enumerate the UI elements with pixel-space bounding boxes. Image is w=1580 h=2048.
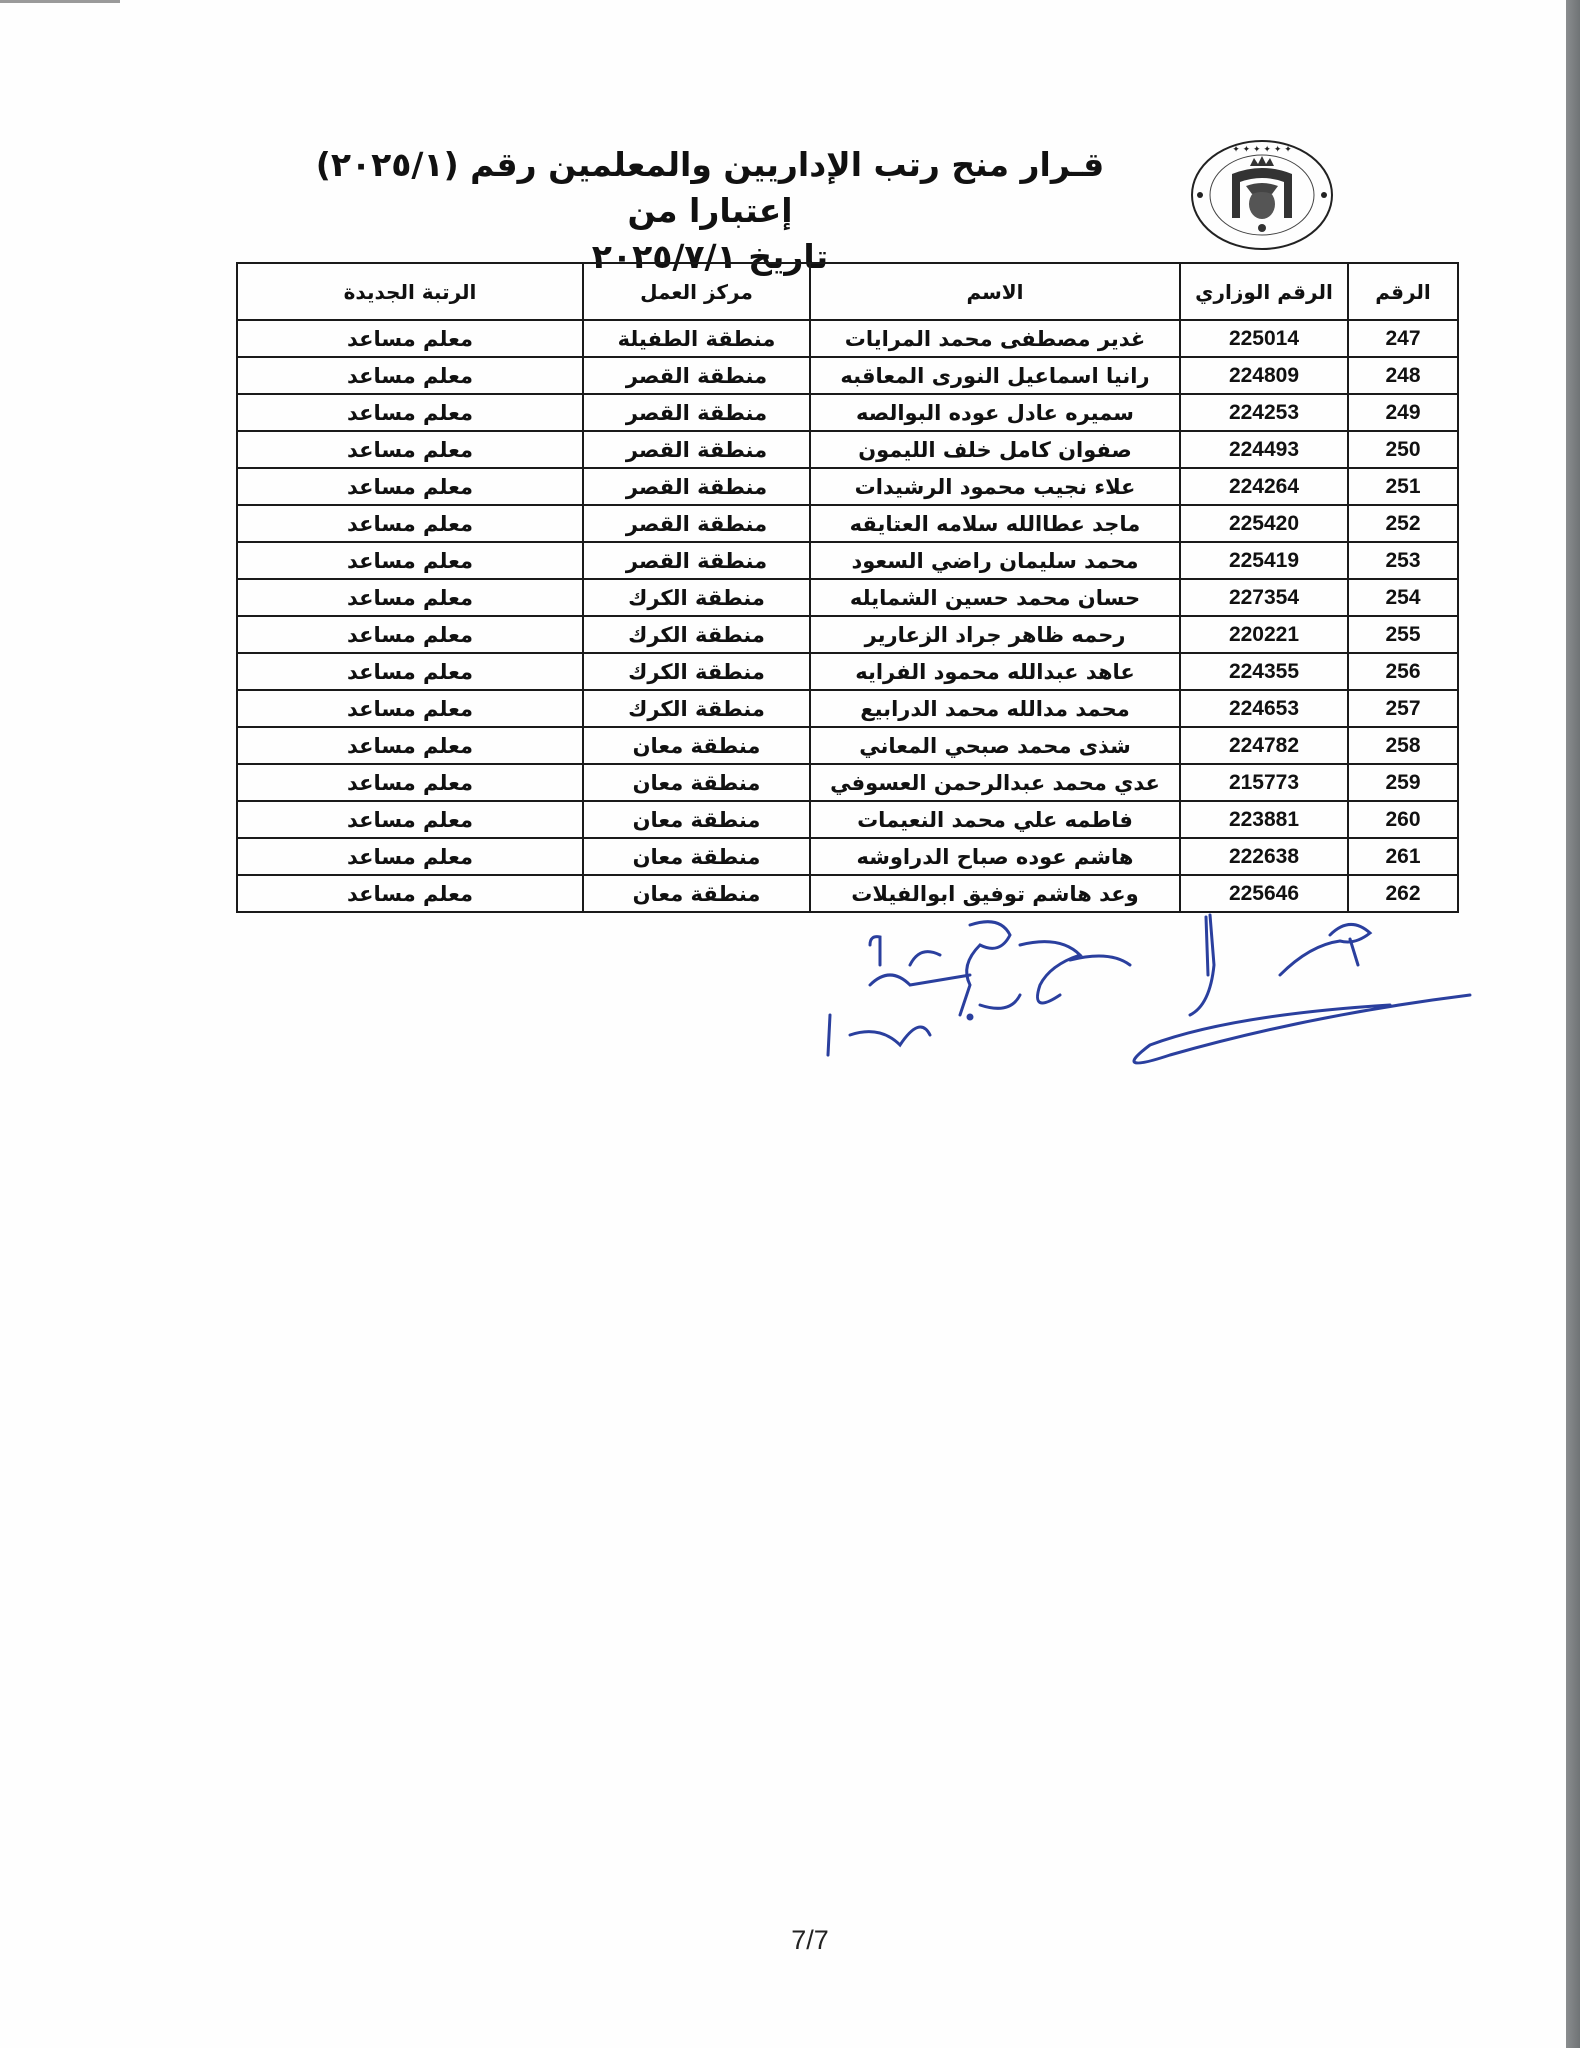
row-number: 259 — [1348, 764, 1458, 801]
row-new-rank: معلم مساعد — [237, 727, 583, 764]
row-new-rank: معلم مساعد — [237, 579, 583, 616]
row-work-center: منطقة معان — [583, 764, 810, 801]
row-name: هاشم عوده صباح الدراوشه — [810, 838, 1180, 875]
row-number: 251 — [1348, 468, 1458, 505]
row-ministry-id: 225419 — [1180, 542, 1348, 579]
row-number: 257 — [1348, 690, 1458, 727]
row-new-rank: معلم مساعد — [237, 801, 583, 838]
table-row: 259215773عدي محمد عبدالرحمن العسوفيمنطقة… — [237, 764, 1458, 801]
row-new-rank: معلم مساعد — [237, 357, 583, 394]
table-row: 252225420ماجد عطاالله سلامه العتايقهمنطق… — [237, 505, 1458, 542]
row-name: محمد مدالله محمد الدرابيع — [810, 690, 1180, 727]
row-name: عدي محمد عبدالرحمن العسوفي — [810, 764, 1180, 801]
row-name: رانيا اسماعيل النورى المعاقبه — [810, 357, 1180, 394]
handwritten-signatures-icon — [810, 905, 1530, 1085]
row-number: 255 — [1348, 616, 1458, 653]
row-work-center: منطقة القصر — [583, 542, 810, 579]
row-work-center: منطقة الكرك — [583, 579, 810, 616]
table-row: 253225419محمد سليمان راضي السعودمنطقة ال… — [237, 542, 1458, 579]
table-header-row: الرقم الرقم الوزاري الاسم مركز العمل الر… — [237, 263, 1458, 320]
row-name: حسان محمد حسين الشمايله — [810, 579, 1180, 616]
row-number: 254 — [1348, 579, 1458, 616]
row-name: محمد سليمان راضي السعود — [810, 542, 1180, 579]
table-row: 255220221رحمه ظاهر جراد الزعاريرمنطقة ال… — [237, 616, 1458, 653]
row-new-rank: معلم مساعد — [237, 875, 583, 912]
row-ministry-id: 215773 — [1180, 764, 1348, 801]
table-row: 257224653محمد مدالله محمد الدرابيعمنطقة … — [237, 690, 1458, 727]
row-ministry-id: 224264 — [1180, 468, 1348, 505]
table-row: 254227354حسان محمد حسين الشمايلهمنطقة ال… — [237, 579, 1458, 616]
table-row: 256224355عاهد عبدالله محمود الفرايهمنطقة… — [237, 653, 1458, 690]
table-row: 260223881فاطمه علي محمد النعيماتمنطقة مع… — [237, 801, 1458, 838]
row-work-center: منطقة القصر — [583, 431, 810, 468]
table-row: 261222638هاشم عوده صباح الدراوشهمنطقة مع… — [237, 838, 1458, 875]
row-number: 256 — [1348, 653, 1458, 690]
table-row: 250224493صفوان كامل خلف الليمونمنطقة الق… — [237, 431, 1458, 468]
row-new-rank: معلم مساعد — [237, 542, 583, 579]
row-number: 258 — [1348, 727, 1458, 764]
row-ministry-id: 225014 — [1180, 320, 1348, 357]
row-name: سميره عادل عوده البوالصه — [810, 394, 1180, 431]
row-ministry-id: 224355 — [1180, 653, 1348, 690]
row-ministry-id: 223881 — [1180, 801, 1348, 838]
row-name: فاطمه علي محمد النعيمات — [810, 801, 1180, 838]
row-work-center: منطقة القصر — [583, 468, 810, 505]
header-new-rank: الرتبة الجديدة — [237, 263, 583, 320]
table-row: 248224809رانيا اسماعيل النورى المعاقبهمن… — [237, 357, 1458, 394]
row-work-center: منطقة معان — [583, 801, 810, 838]
row-work-center: منطقة القصر — [583, 394, 810, 431]
row-ministry-id: 225420 — [1180, 505, 1348, 542]
row-name: صفوان كامل خلف الليمون — [810, 431, 1180, 468]
row-work-center: منطقة القصر — [583, 357, 810, 394]
row-ministry-id: 222638 — [1180, 838, 1348, 875]
row-ministry-id: 224809 — [1180, 357, 1348, 394]
row-new-rank: معلم مساعد — [237, 468, 583, 505]
svg-text:✦ ✦ ✦ ✦ ✦ ✦: ✦ ✦ ✦ ✦ ✦ ✦ — [1232, 145, 1292, 155]
row-name: عاهد عبدالله محمود الفرايه — [810, 653, 1180, 690]
row-number: 248 — [1348, 357, 1458, 394]
row-work-center: منطقة الكرك — [583, 653, 810, 690]
row-work-center: منطقة معان — [583, 727, 810, 764]
header-work-center: مركز العمل — [583, 263, 810, 320]
row-name: علاء نجيب محمود الرشيدات — [810, 468, 1180, 505]
row-ministry-id: 227354 — [1180, 579, 1348, 616]
header-number: الرقم — [1348, 263, 1458, 320]
row-new-rank: معلم مساعد — [237, 690, 583, 727]
table-body: 247225014غدير مصطفى محمد المراياتمنطقة ا… — [237, 320, 1458, 912]
row-number: 260 — [1348, 801, 1458, 838]
row-new-rank: معلم مساعد — [237, 653, 583, 690]
row-work-center: منطقة القصر — [583, 505, 810, 542]
table-row: 249224253سميره عادل عوده البوالصهمنطقة ا… — [237, 394, 1458, 431]
row-name: ماجد عطاالله سلامه العتايقه — [810, 505, 1180, 542]
row-number: 247 — [1348, 320, 1458, 357]
row-work-center: منطقة الكرك — [583, 616, 810, 653]
row-new-rank: معلم مساعد — [237, 838, 583, 875]
table-row: 258224782شذى محمد صبحي المعانيمنطقة معان… — [237, 727, 1458, 764]
document-page: ✦ ✦ ✦ ✦ ✦ ✦ قـرار منح رتب الإداريين والم… — [0, 0, 1566, 2048]
document-title: قـرار منح رتب الإداريين والمعلمين رقم (٢… — [270, 142, 1150, 280]
row-ministry-id: 224653 — [1180, 690, 1348, 727]
row-ministry-id: 224493 — [1180, 431, 1348, 468]
header-name: الاسم — [810, 263, 1180, 320]
row-work-center: منطقة معان — [583, 875, 810, 912]
scan-edge-shadow — [0, 0, 120, 3]
row-ministry-id: 224782 — [1180, 727, 1348, 764]
header-ministry-id: الرقم الوزاري — [1180, 263, 1348, 320]
ministry-emblem-icon: ✦ ✦ ✦ ✦ ✦ ✦ — [1188, 138, 1336, 252]
page-number: 7/7 — [700, 1925, 920, 1956]
row-number: 261 — [1348, 838, 1458, 875]
promotions-table: الرقم الرقم الوزاري الاسم مركز العمل الر… — [236, 262, 1459, 913]
row-number: 253 — [1348, 542, 1458, 579]
row-number: 250 — [1348, 431, 1458, 468]
row-new-rank: معلم مساعد — [237, 764, 583, 801]
row-name: غدير مصطفى محمد المرايات — [810, 320, 1180, 357]
row-new-rank: معلم مساعد — [237, 616, 583, 653]
row-name: شذى محمد صبحي المعاني — [810, 727, 1180, 764]
row-new-rank: معلم مساعد — [237, 320, 583, 357]
row-work-center: منطقة الكرك — [583, 690, 810, 727]
row-work-center: منطقة الطفيلة — [583, 320, 810, 357]
row-ministry-id: 220221 — [1180, 616, 1348, 653]
row-ministry-id: 224253 — [1180, 394, 1348, 431]
row-number: 252 — [1348, 505, 1458, 542]
row-work-center: منطقة معان — [583, 838, 810, 875]
table-row: 247225014غدير مصطفى محمد المراياتمنطقة ا… — [237, 320, 1458, 357]
table-row: 251224264علاء نجيب محمود الرشيداتمنطقة ا… — [237, 468, 1458, 505]
row-name: رحمه ظاهر جراد الزعارير — [810, 616, 1180, 653]
row-new-rank: معلم مساعد — [237, 431, 583, 468]
row-new-rank: معلم مساعد — [237, 394, 583, 431]
title-line-1: قـرار منح رتب الإداريين والمعلمين رقم (٢… — [316, 145, 1105, 230]
row-number: 249 — [1348, 394, 1458, 431]
scan-edge-strip — [1566, 0, 1580, 2048]
row-new-rank: معلم مساعد — [237, 505, 583, 542]
